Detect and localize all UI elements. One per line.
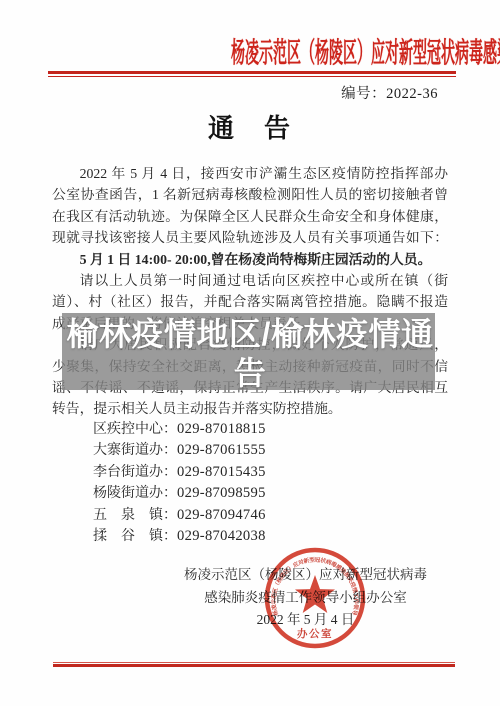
contact-row: 李台街道办：029-87015435 (93, 462, 266, 483)
contact-label: 李台街道办： (93, 465, 177, 480)
watermark-line2: 告 (50, 354, 450, 393)
contact-row: 揉 谷 镇：029-87042038 (93, 526, 266, 547)
body-line: 现就寻找该密接人员主要风险轨迹涉及人员有关事项通告如下： (52, 227, 448, 248)
seal-star-icon (295, 575, 335, 613)
contact-row: 杨陵街道办：029-87098595 (93, 483, 266, 504)
contact-phone: 029-87015435 (177, 464, 266, 480)
contact-label: 大寨街道办： (93, 443, 177, 458)
contact-phone: 029-87018815 (177, 421, 266, 437)
body-line: 公室协查函告，1 名新冠病毒核酸检测阳性人员的密切接触者曾 (52, 184, 448, 205)
letterhead-org-line: 杨凌示范区（杨陵区）应对新型冠状病毒感染肺炎疫情工作领导小组办公室 (0, 31, 500, 65)
body-line: 5 月 1 日 14:00- 20:00,曾在杨凌尚特梅斯庄园活动的人员。 (52, 249, 448, 270)
body-line: 道）、村（社区）报告，并配合落实隔离管控措施。隐瞒不报造 (52, 291, 448, 312)
official-seal: 杨凌示范区（杨陵区）应对新型冠状病毒感染肺炎疫情工作领导小组 办公室 (258, 543, 374, 653)
contact-label: 五 泉 镇： (93, 508, 177, 523)
watermark-text: 榆林疫情地区/榆林疫情通 告 (50, 315, 450, 393)
body-line: 转告，提示相关人员主动报告并落实防控措施。 (52, 398, 448, 419)
notice-document-page: 杨凌示范区（杨陵区）应对新型冠状病毒感染肺炎疫情工作领导小组办公室 编号：202… (0, 0, 500, 706)
letterhead-divider-rule (48, 71, 456, 77)
contact-phone: 029-87094746 (177, 507, 266, 523)
contact-label: 杨陵街道办： (93, 486, 177, 501)
contact-phone: 029-87042038 (177, 528, 266, 544)
contact-list: 区疾控中心：029-87018815 大寨街道办：029-87061555 李台… (93, 419, 266, 547)
contact-label: 区疾控中心： (93, 422, 177, 437)
footer-rule (53, 662, 455, 667)
body-line: 2022 年 5 月 4 日，接西安市浐灞生态区疫情防控指挥部办 (52, 163, 448, 184)
contact-row: 区疾控中心：029-87018815 (93, 419, 266, 440)
body-line: 在我区有活动轨迹。为保障全区人民群众生命安全和身体健康， (52, 206, 448, 227)
watermark-line1: 榆林疫情地区/榆林疫情通 (50, 315, 450, 354)
letterhead-org-text: 杨凌示范区（杨陵区）应对新型冠状病毒感染肺炎疫情工作领导小组办公室 (231, 31, 500, 71)
contact-row: 大寨街道办：029-87061555 (93, 440, 266, 461)
doc-number: 编号：2022-36 (341, 82, 438, 103)
body-line: 请以上人员第一时间通过电话向区疾控中心或所在镇（街 (52, 270, 448, 291)
contact-row: 五 泉 镇：029-87094746 (93, 505, 266, 526)
contact-phone: 029-87061555 (177, 442, 266, 458)
contact-label: 揉 谷 镇： (93, 529, 177, 544)
page-title: 通 告 (0, 108, 500, 145)
seal-bottom-text: 办公室 (297, 627, 333, 640)
contact-phone: 029-87098595 (177, 485, 266, 501)
